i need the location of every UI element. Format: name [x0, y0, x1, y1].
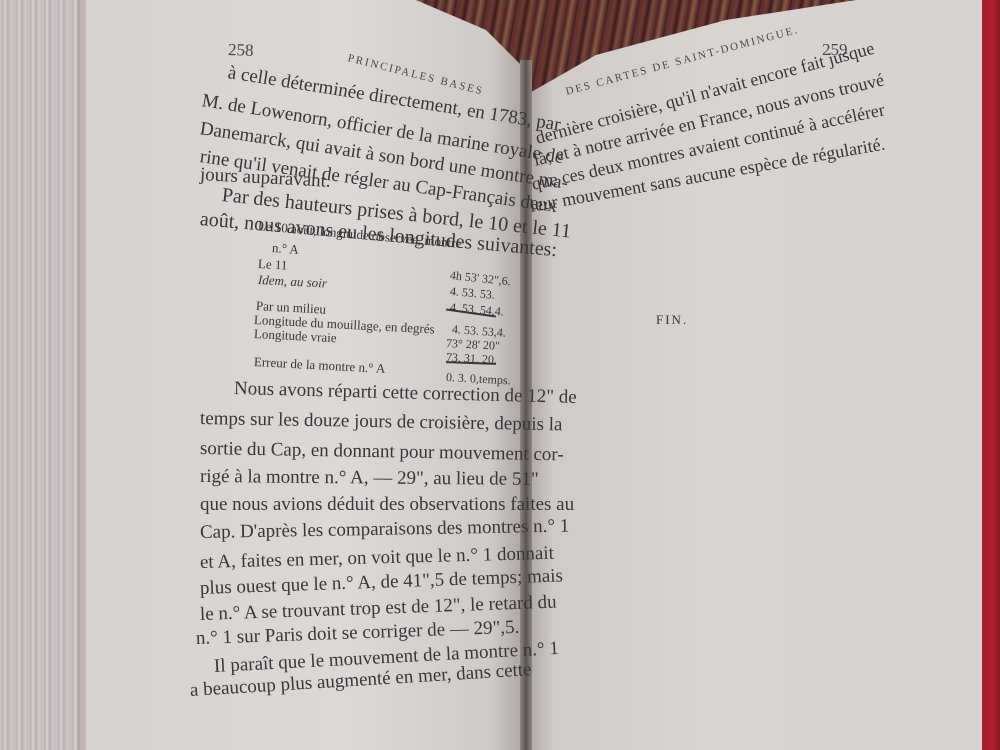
page-edge-stack — [0, 0, 88, 750]
table-row-3-label: Le 11 — [258, 256, 288, 274]
left-folio: 258 — [228, 40, 254, 61]
left-paragraph-line-4: rigé à la montre n.° A, — 29", au lieu d… — [200, 466, 539, 491]
red-book-cover-edge — [980, 0, 1000, 750]
end-mark: FIN. — [656, 312, 688, 328]
table-row-2-label: n.° A — [271, 240, 299, 258]
left-paragraph-line-5: que nous avions déduit des observations … — [200, 494, 574, 516]
table-row-7-value: 73. 31. 20. — [446, 350, 498, 368]
